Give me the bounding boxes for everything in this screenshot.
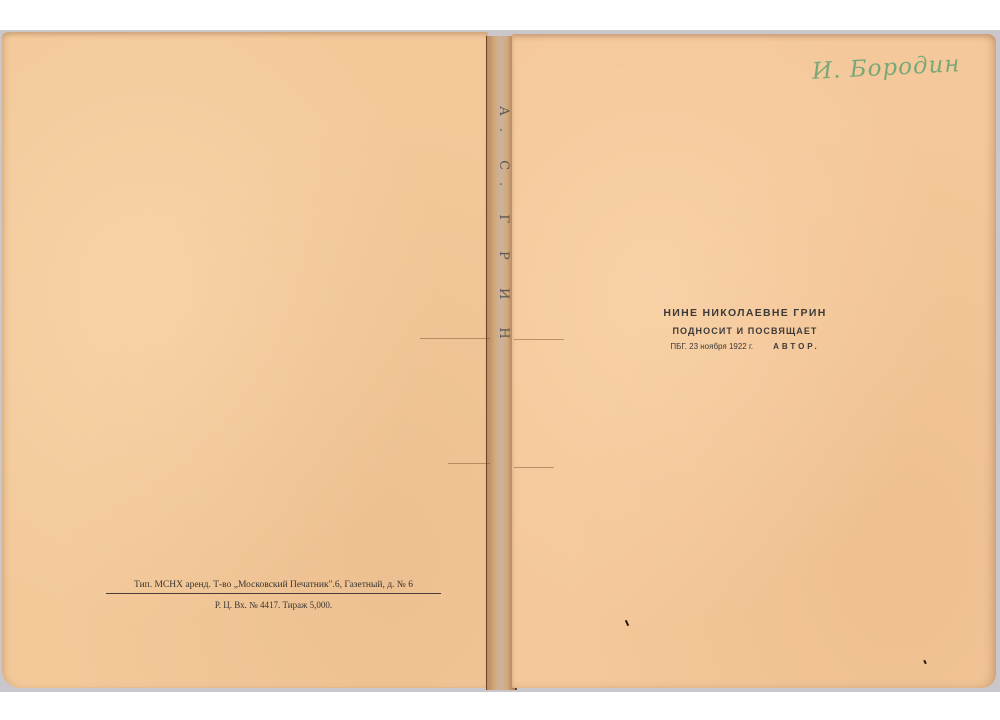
paper-crease bbox=[514, 339, 564, 340]
imprint-line-1: Тип. МСНХ аренд. Т-во „Московский Печатн… bbox=[106, 580, 441, 594]
right-page bbox=[512, 34, 996, 688]
dedication-block: НИНЕ НИКОЛАЕВНЕ ГРИН ПОДНОСИТ И ПОСВЯЩАЕ… bbox=[628, 307, 862, 351]
dedication-author: АВТОР. bbox=[773, 342, 820, 351]
paper-crease bbox=[514, 467, 554, 468]
dedication-place-date: ПБГ. 23 ноября 1922 г. bbox=[670, 342, 753, 351]
imprint-line-2: Р. Ц. Вх. № 4417. Тираж 5,000. bbox=[106, 594, 441, 610]
dedication-signoff: ПБГ. 23 ноября 1922 г. АВТОР. bbox=[628, 342, 862, 351]
spine-title: А. С. Г Р И Н bbox=[491, 106, 511, 606]
paper-crease bbox=[420, 338, 490, 339]
printer-imprint: Тип. МСНХ аренд. Т-во „Московский Печатн… bbox=[106, 580, 441, 610]
dedication-line-2: ПОДНОСИТ И ПОСВЯЩАЕТ bbox=[628, 326, 862, 336]
dedication-line-1: НИНЕ НИКОЛАЕВНЕ ГРИН bbox=[628, 307, 862, 319]
paper-crease bbox=[448, 463, 490, 464]
